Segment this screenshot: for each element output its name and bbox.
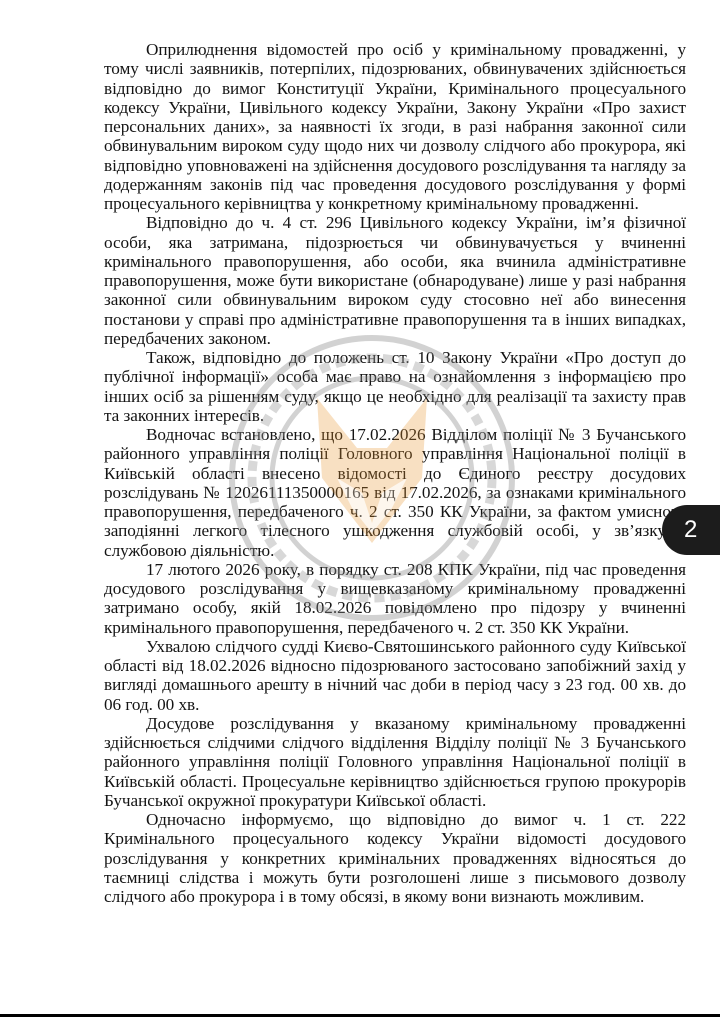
- paragraph-court-ruling: Ухвалою слідчого судді Києво-Святошинськ…: [104, 637, 686, 714]
- paragraph-secrecy: Одночасно інформуємо, що відповідно до в…: [104, 810, 686, 906]
- paragraph-civil-code: Відповідно до ч. 4 ст. 296 Цивільного ко…: [104, 213, 686, 348]
- paragraph-case-registration: Водночас встановлено, що 17.02.2026 Відд…: [104, 425, 686, 560]
- paragraph-detention: 17 лютого 2026 року, в порядку ст. 208 К…: [104, 560, 686, 637]
- paragraph-publication-rules: Оприлюднення відомостей про осіб у кримі…: [104, 40, 686, 213]
- paragraph-investigation: Досудове розслідування у вказаному кримі…: [104, 714, 686, 810]
- paragraph-public-info-law: Також, відповідно до положень ст. 10 Зак…: [104, 348, 686, 425]
- document-page: Оприлюднення відомостей про осіб у кримі…: [0, 0, 720, 1014]
- document-body: Оприлюднення відомостей про осіб у кримі…: [104, 40, 686, 906]
- page-number-badge[interactable]: 2: [662, 505, 720, 555]
